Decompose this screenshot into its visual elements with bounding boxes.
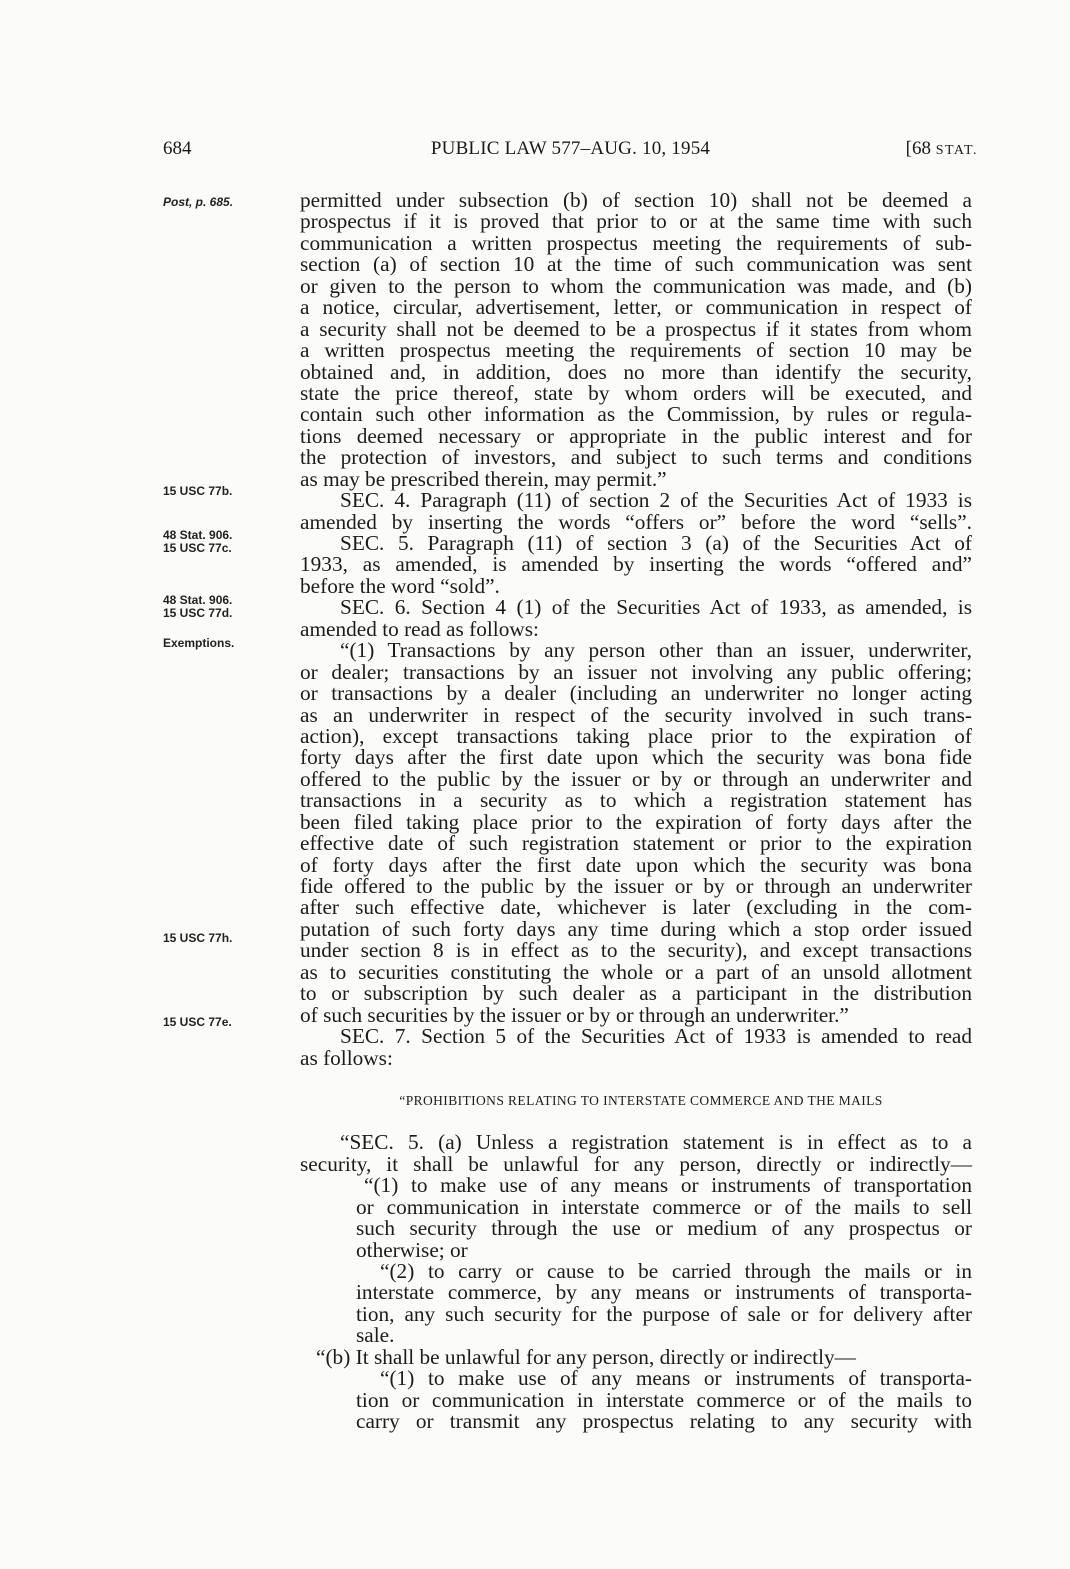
text-line: tions deemed necessary or appropriate in…	[300, 426, 972, 447]
text-line: effective date of such registration stat…	[300, 833, 972, 854]
margin-note-citation: 15 USC 77c.	[163, 542, 283, 555]
text-line: under section 8 is in effect as to the s…	[300, 940, 972, 961]
clause-b1: “(1) to make use of any means or instrum…	[300, 1368, 972, 1389]
margin-note-citation: 15 USC 77e.	[163, 1016, 283, 1029]
text-line: offered to the public by the issuer or b…	[300, 769, 972, 790]
section-heading: “PROHIBITIONS RELATING TO INTERSTATE COM…	[300, 1090, 972, 1111]
text-line: action), except transactions taking plac…	[300, 726, 972, 747]
section-7: SEC. 7. Section 5 of the Securities Act …	[300, 1026, 972, 1047]
margin-note-citation: 15 USC 77b.	[163, 485, 283, 498]
running-header: 684 PUBLIC LAW 577–AUG. 10, 1954 [68 STA…	[163, 138, 978, 162]
text-line: of such securities by the issuer or by o…	[300, 1005, 972, 1026]
margin-note-topic: Exemptions.	[163, 637, 283, 650]
text-line: carry or transmit any prospectus relatin…	[300, 1411, 972, 1432]
margin-note-citation: 15 USC 77h.	[163, 932, 283, 945]
text-line: interstate commerce, by any means or ins…	[300, 1282, 972, 1303]
new-section-5a: “SEC. 5. (a) Unless a registration state…	[300, 1132, 972, 1153]
text-line: section (a) of section 10 at the time of…	[300, 254, 972, 275]
text-line: or communication in interstate commerce …	[300, 1197, 972, 1218]
text-line: transactions in a security as to which a…	[300, 790, 972, 811]
clause-a2: “(2) to carry or cause to be carried thr…	[300, 1261, 972, 1282]
statute-volume: [68 STAT.	[906, 138, 978, 160]
text-line: putation of such forty days any time dur…	[300, 919, 972, 940]
text-line: state the price thereof, state by whom o…	[300, 383, 972, 404]
text-line: security, it shall be unlawful for any p…	[300, 1154, 972, 1175]
text-line: of forty days after the first date upon …	[300, 855, 972, 876]
text-line: amended to read as follows:	[300, 619, 972, 640]
section-6: SEC. 6. Section 4 (1) of the Securities …	[300, 597, 972, 618]
text-line: obtained and, in addition, does no more …	[300, 362, 972, 383]
text-line: or dealer; transactions by an issuer not…	[300, 662, 972, 683]
text-line: as an underwriter in respect of the secu…	[300, 705, 972, 726]
text-line: contain such other information as the Co…	[300, 404, 972, 425]
text-line: a written prospectus meeting the require…	[300, 340, 972, 361]
text-line: forty days after the first date upon whi…	[300, 747, 972, 768]
header-title: PUBLIC LAW 577–AUG. 10, 1954	[163, 138, 978, 160]
text-line: as to securities constituting the whole …	[300, 962, 972, 983]
text-line: fide offered to the public by the issuer…	[300, 876, 972, 897]
text-line: permitted under subsection (b) of sectio…	[300, 190, 972, 211]
section-4: SEC. 4. Paragraph (11) of section 2 of t…	[300, 490, 972, 511]
text-line: to or subscription by such dealer as a p…	[300, 983, 972, 1004]
text-line: as may be prescribed therein, may permit…	[300, 469, 972, 490]
margin-note-citation: 15 USC 77d.	[163, 607, 283, 620]
text-line: a security shall not be deemed to be a p…	[300, 319, 972, 340]
text-line: as follows:	[300, 1048, 972, 1069]
clause-a1: “(1) to make use of any means or instrum…	[300, 1175, 972, 1196]
paragraph-1: “(1) Transactions by any person other th…	[300, 640, 972, 661]
text-line: or transactions by a dealer (including a…	[300, 683, 972, 704]
text-line: before the word “sold”.	[300, 576, 972, 597]
statute-body: permitted under subsection (b) of sectio…	[300, 190, 972, 1433]
text-line: amended by inserting the words “offers o…	[300, 512, 972, 533]
text-line: communication a written prospectus meeti…	[300, 233, 972, 254]
text-line: or given to the person to whom the commu…	[300, 276, 972, 297]
text-line: been filed taking place prior to the exp…	[300, 812, 972, 833]
text-line: a notice, circular, advertisement, lette…	[300, 297, 972, 318]
margin-note-post-ref: Post, p. 685.	[163, 196, 283, 209]
text-line: 1933, as amended, is amended by insertin…	[300, 554, 972, 575]
text-line: otherwise; or	[300, 1240, 972, 1261]
text-line: tion, any such security for the purpose …	[300, 1304, 972, 1325]
text-line: such security through the use or medium …	[300, 1218, 972, 1239]
text-line: sale.	[300, 1325, 972, 1346]
section-5: SEC. 5. Paragraph (11) of section 3 (a) …	[300, 533, 972, 554]
text-line: after such effective date, whichever is …	[300, 897, 972, 918]
subsection-b: “(b) It shall be unlawful for any person…	[300, 1347, 972, 1368]
text-line: the protection of investors, and subject…	[300, 447, 972, 468]
text-line: tion or communication in interstate comm…	[300, 1390, 972, 1411]
text-line: prospectus if it is proved that prior to…	[300, 211, 972, 232]
